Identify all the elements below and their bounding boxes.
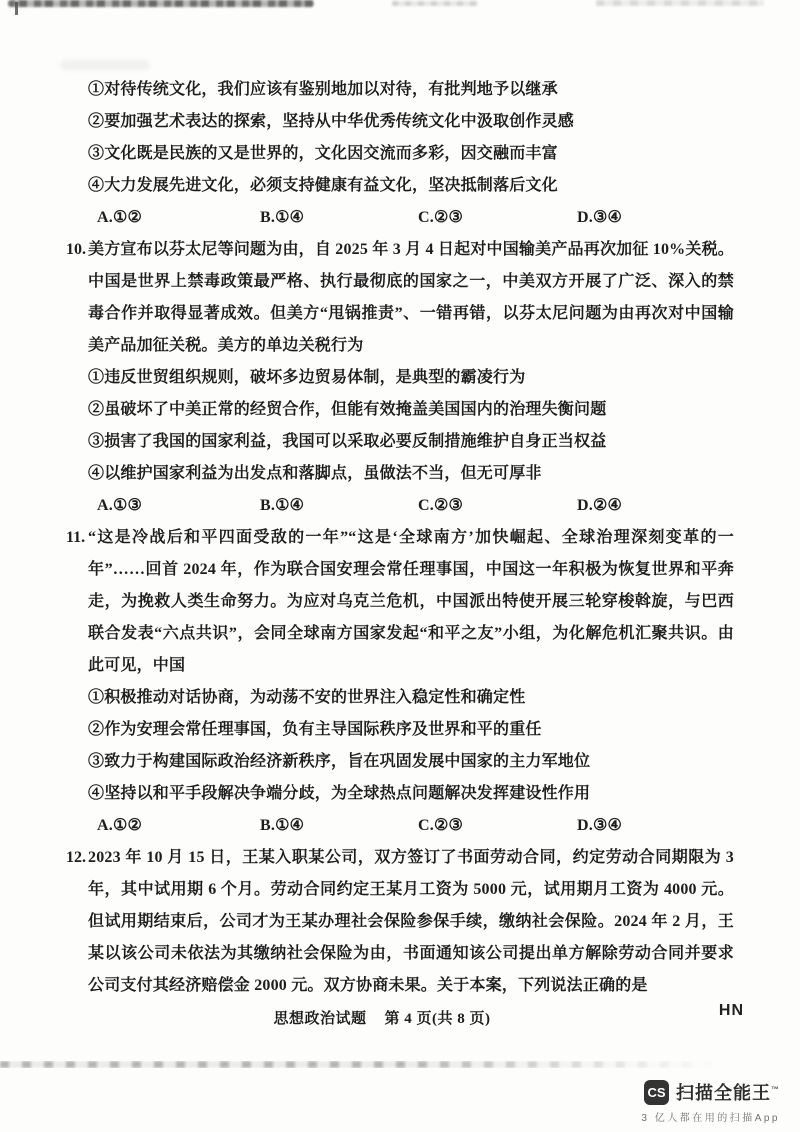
camscanner-tagline: 3 亿人都在用的扫描App xyxy=(641,1109,780,1124)
option-statement-4: ④大力发展先进文化，必须支持健康有益文化，坚决抵制落后文化 xyxy=(88,170,734,202)
choice-a: A.①② xyxy=(97,810,142,842)
option-statement-2: ②虽破坏了中美正常的经贸合作，但能有效掩盖美国国内的治理失衡问题 xyxy=(88,394,734,426)
question-stem: 2023 年 10 月 15 日，王某入职某公司，双方签订了书面劳动合同，约定劳… xyxy=(88,842,734,1002)
page-footer: 思想政治试题第 4 页(共 8 页) xyxy=(0,1004,782,1034)
answer-row: A.①③ B.①④ C.②③ D.②④ xyxy=(88,490,734,522)
question-number: 10. xyxy=(66,234,86,266)
scan-artifact-top-faint xyxy=(392,1,478,6)
question-12: 12. 2023 年 10 月 15 日，王某入职某公司，双方签订了书面劳动合同… xyxy=(66,842,734,1002)
scan-artifact-bottom xyxy=(0,1061,740,1068)
camscanner-watermark: CS 扫描全能王™ 3 亿人都在用的扫描App xyxy=(641,1079,780,1124)
page-number: 第 4 页(共 8 页) xyxy=(385,1011,491,1027)
question-number: 11. xyxy=(66,522,85,554)
option-statement-1: ①对待传统文化，我们应该有鉴别地加以对待，有批判地予以继承 xyxy=(88,74,734,106)
scan-artifact-blob xyxy=(60,60,150,70)
choice-b: B.①④ xyxy=(260,202,304,234)
scanned-exam-page: ①对待传统文化，我们应该有鉴别地加以对待，有批判地予以继承 ②要加强艺术表达的探… xyxy=(0,0,800,1132)
scan-artifact-tick xyxy=(15,2,18,15)
choice-d: D.②④ xyxy=(577,490,622,522)
choice-c: C.②③ xyxy=(418,202,463,234)
choice-c: C.②③ xyxy=(418,490,463,522)
option-statement-1: ①积极推动对话协商，为动荡不安的世界注入稳定性和确定性 xyxy=(88,682,734,714)
question-10: 10. 美方宣布以芬太尼等问题为由，自 2025 年 3 月 4 日起对中国输美… xyxy=(66,234,734,522)
answer-row: A.①② B.①④ C.②③ D.③④ xyxy=(88,202,734,234)
option-statement-3: ③损害了我国的国家利益，我国可以采取必要反制措施维护自身正当权益 xyxy=(88,426,734,458)
question-number: 12. xyxy=(66,842,86,874)
trademark-symbol: ™ xyxy=(771,1085,780,1094)
choice-b: B.①④ xyxy=(260,810,304,842)
camscanner-logo-icon: CS xyxy=(644,1080,669,1105)
choice-a: A.①② xyxy=(97,202,142,234)
option-statement-3: ③致力于构建国际政治经济新秩序，旨在巩固发展中国家的主力军地位 xyxy=(88,746,734,778)
scan-artifact-top xyxy=(8,0,314,7)
option-statement-3: ③文化既是民族的又是世界的，文化因交流而多彩，因交融而丰富 xyxy=(88,138,734,170)
option-statement-1: ①违反世贸组织规则，破坏多边贸易体制，是典型的霸凌行为 xyxy=(88,362,734,394)
choice-d: D.③④ xyxy=(577,202,622,234)
option-statement-2: ②作为安理会常任理事国，负有主导国际秩序及世界和平的重任 xyxy=(88,714,734,746)
question-stem: “这是冷战后和平四面受敌的一年”“这是‘全球南方’加快崛起、全球治理深刻变革的一… xyxy=(88,522,734,682)
question-stem: 美方宣布以芬太尼等问题为由，自 2025 年 3 月 4 日起对中国输美产品再次… xyxy=(88,234,734,362)
choice-d: D.③④ xyxy=(577,810,622,842)
option-statement-4: ④以维护国家利益为出发点和落脚点，虽做法不当，但无可厚非 xyxy=(88,458,734,490)
answer-row: A.①② B.①④ C.②③ D.③④ xyxy=(88,810,734,842)
choice-b: B.①④ xyxy=(260,490,304,522)
choice-c: C.②③ xyxy=(418,810,463,842)
question-9-options: ①对待传统文化，我们应该有鉴别地加以对待，有批判地予以继承 ②要加强艺术表达的探… xyxy=(66,74,734,234)
exam-title: 思想政治试题 xyxy=(273,1011,366,1027)
paper-code: HN xyxy=(719,1002,744,1020)
option-statement-2: ②要加强艺术表达的探索，坚持从中华优秀传统文化中汲取创作灵感 xyxy=(88,106,734,138)
camscanner-logo-row: CS 扫描全能王™ xyxy=(641,1079,780,1105)
choice-a: A.①③ xyxy=(97,490,142,522)
scan-artifact-top-faint xyxy=(596,0,764,6)
camscanner-app-name: 扫描全能王™ xyxy=(676,1079,780,1105)
question-11: 11. “这是冷战后和平四面受敌的一年”“这是‘全球南方’加快崛起、全球治理深刻… xyxy=(66,522,734,842)
exam-content: ①对待传统文化，我们应该有鉴别地加以对待，有批判地予以继承 ②要加强艺术表达的探… xyxy=(66,74,734,1002)
option-statement-4: ④坚持以和平手段解决争端分歧，为全球热点问题解决发挥建设性作用 xyxy=(88,778,734,810)
